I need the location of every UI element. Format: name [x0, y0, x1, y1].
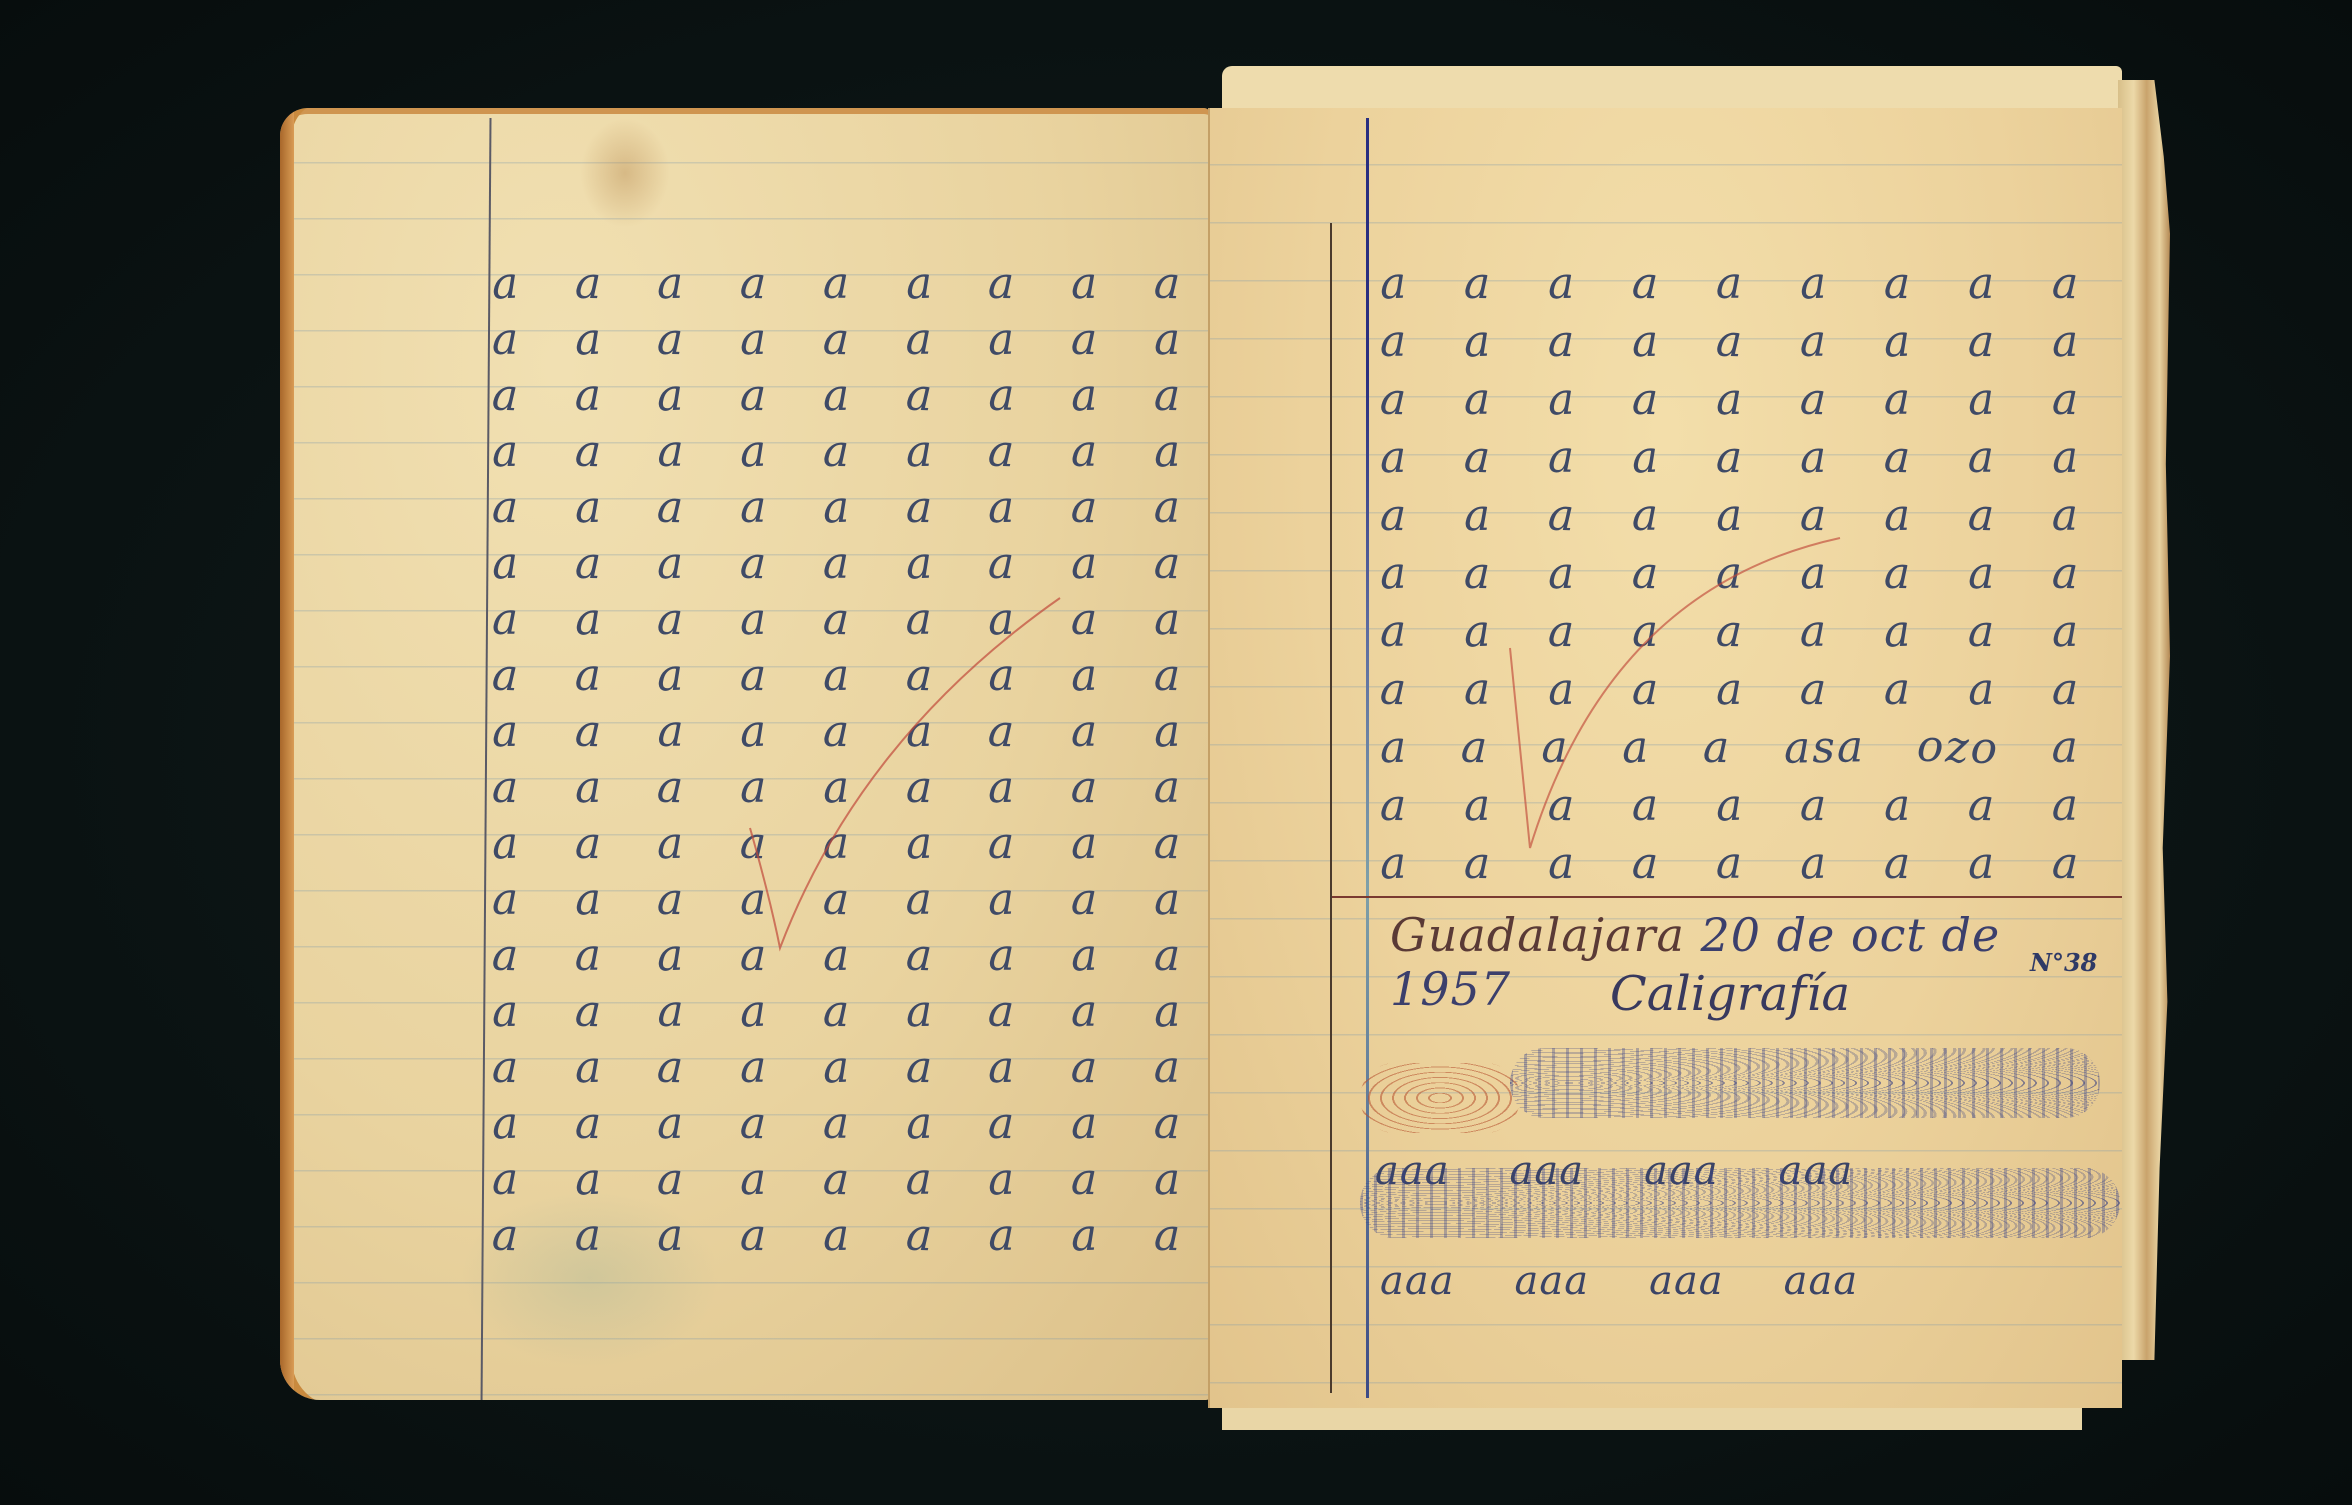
handwritten-letter: a	[575, 650, 603, 701]
handwritten-letter: a	[1464, 780, 1493, 831]
handwritten-letter: a	[905, 1210, 935, 1262]
handwritten-letter: a	[492, 1042, 521, 1093]
handwritten-letter: a	[1379, 838, 1409, 890]
letter-row: aaaaaaaaa	[492, 1210, 1182, 1261]
letter-row: aaaaaaaaa	[1380, 316, 2080, 367]
handwritten-letter: a	[1621, 722, 1651, 774]
handwritten-letter: a	[491, 370, 521, 422]
handwritten-letter: a	[988, 1042, 1017, 1093]
handwritten-letter: a	[1715, 664, 1744, 715]
handwritten-letter: a	[739, 538, 769, 590]
left-page: aaaaaaaaaaaaaaaaaaaaaaaaaaaaaaaaaaaaaaaa…	[280, 108, 1210, 1400]
handwritten-letter: a	[1071, 538, 1100, 589]
handwritten-letter: a	[575, 1210, 603, 1261]
handwritten-letter: a	[822, 706, 851, 757]
handwritten-letter: a	[491, 258, 521, 310]
handwritten-letter: a	[740, 650, 769, 701]
handwritten-letter: a	[1547, 316, 1576, 367]
handwritten-letter: a	[823, 258, 851, 309]
handwritten-letter: a	[740, 1154, 769, 1205]
letter-row: aaaaaaaaa	[1380, 664, 2080, 715]
handwritten-letter: a	[1153, 706, 1183, 758]
handwritten-letter: a	[988, 258, 1017, 309]
handwritten-letter: a	[1967, 780, 1997, 832]
handwritten-letter: a	[740, 930, 769, 981]
handwritten-letter: a	[574, 762, 603, 813]
handwritten-letter: a	[1071, 426, 1099, 477]
handwritten-letter: a	[1799, 548, 1829, 600]
letter-row: aaaaaaaaa	[492, 762, 1182, 813]
handwritten-letter: a	[657, 986, 685, 1037]
handwritten-letter: a	[1967, 664, 1997, 716]
handwritten-letter: a	[1464, 374, 1492, 425]
handwritten-letter: a	[1070, 930, 1100, 982]
handwritten-letter: a	[822, 314, 852, 366]
handwritten-letter: a	[1153, 1154, 1182, 1205]
handwritten-letter: a	[987, 986, 1017, 1038]
handwritten-letter: a	[1153, 1210, 1182, 1261]
water-stain	[580, 118, 670, 228]
handwritten-letter: a	[822, 594, 852, 646]
handwritten-letter: a	[1632, 490, 1660, 541]
handwritten-letter: a	[988, 818, 1017, 869]
handwritten-letter: a	[1967, 258, 1996, 309]
handwritten-letter: a	[1153, 818, 1183, 870]
letter-group: aaa	[1515, 1258, 1590, 1304]
letter-row: aaaaaaaaa	[492, 986, 1182, 1037]
handwritten-letter: a	[822, 650, 851, 701]
left-margin-line	[480, 118, 491, 1400]
handwritten-letter: a	[905, 818, 935, 870]
handwritten-letter: a	[740, 1042, 768, 1093]
handwritten-letter: a	[657, 706, 685, 757]
handwritten-letter: a	[987, 874, 1017, 926]
handwritten-letter: a	[1883, 780, 1912, 831]
handwritten-letter: a	[1547, 606, 1576, 657]
handwritten-letter: a	[905, 986, 934, 1037]
letter-group-row: aaaaaaaaaaaa	[1380, 1258, 1858, 1304]
handwritten-letter: a	[492, 426, 521, 477]
handwritten-letter: a	[1379, 548, 1409, 600]
handwritten-letter: a	[492, 706, 521, 757]
handwritten-letter: a	[739, 426, 769, 478]
handwritten-letter: a	[2051, 258, 2081, 310]
handwritten-letter: a	[1883, 316, 1913, 368]
handwritten-letter: a	[1153, 538, 1183, 590]
handwritten-letter: asa	[1783, 721, 1865, 773]
handwritten-letter: a	[823, 1098, 851, 1149]
letter-row: aaaaaaaaa	[492, 370, 1182, 421]
handwritten-letter: a	[1716, 258, 1744, 309]
handwritten-letter: a	[1153, 986, 1183, 1038]
handwritten-letter: a	[1715, 780, 1745, 832]
handwritten-letter: a	[822, 1210, 851, 1261]
letter-group: aaa	[1380, 1258, 1455, 1304]
handwritten-letter: a	[905, 538, 935, 590]
handwritten-letter: a	[1631, 432, 1661, 484]
handwritten-letter: a	[574, 314, 604, 366]
letter-row: aaaaaaaaa	[1380, 490, 2080, 541]
handwritten-letter: a	[1967, 606, 1996, 657]
handwritten-letter: a	[1631, 606, 1660, 657]
handwritten-letter: a	[2052, 490, 2080, 541]
handwritten-letter: a	[492, 594, 520, 645]
handwritten-letter: a	[1154, 482, 1182, 533]
handwritten-letter: a	[657, 482, 687, 534]
letter-row: aaaaaaaaa	[1380, 258, 2080, 309]
handwritten-letter: a	[1464, 548, 1493, 599]
handwritten-letter: a	[1153, 370, 1182, 421]
handwritten-letter: a	[1153, 1098, 1183, 1150]
handwritten-letter: a	[1547, 838, 1576, 889]
exercise-number: N°38	[2030, 948, 2097, 977]
handwritten-letter: a	[1799, 780, 1828, 831]
handwritten-letter: a	[988, 650, 1016, 701]
oval-scribble-row	[1360, 1063, 1520, 1133]
handwritten-letter: a	[574, 426, 604, 478]
handwritten-letter: a	[1799, 374, 1829, 426]
handwritten-letter: a	[491, 1098, 521, 1150]
handwritten-letter: a	[1380, 780, 1409, 831]
handwritten-letter: a	[574, 258, 603, 309]
handwritten-letter: a	[657, 874, 686, 925]
handwritten-letter: a	[1883, 838, 1912, 889]
handwritten-letter: a	[1380, 432, 1409, 483]
handwritten-letter: a	[740, 482, 768, 533]
handwritten-letter: a	[905, 1098, 935, 1150]
handwritten-letter: a	[1967, 490, 1997, 542]
handwritten-letter: a	[1071, 258, 1100, 309]
handwritten-letter: a	[1547, 374, 1577, 426]
handwritten-letter: a	[2052, 722, 2080, 773]
letter-row: aaaaaaaaa	[1380, 548, 2080, 599]
handwritten-letter: a	[1153, 874, 1182, 925]
handwritten-letter: a	[657, 370, 687, 422]
handwritten-letter: a	[1460, 722, 1490, 774]
handwritten-letter: a	[822, 426, 851, 477]
handwritten-letter: a	[1800, 606, 1828, 657]
right-page: aaaaaaaaaaaaaaaaaaaaaaaaaaaaaaaaaaaaaaaa…	[1208, 108, 2122, 1408]
handwritten-letter: a	[657, 930, 687, 982]
handwritten-letter: a	[905, 370, 935, 422]
handwritten-letter: a	[1463, 432, 1493, 484]
handwritten-letter: a	[1883, 548, 1912, 599]
handwritten-letter: a	[1071, 706, 1099, 757]
handwritten-letter: a	[1883, 490, 1912, 541]
handwritten-letter: a	[657, 818, 686, 869]
handwritten-letter: a	[1702, 722, 1731, 773]
letter-row: aaaaaaaaa	[492, 314, 1182, 365]
handwritten-letter: a	[1547, 258, 1576, 309]
handwritten-letter: a	[1464, 838, 1493, 889]
handwritten-letter: a	[492, 1154, 520, 1205]
handwritten-letter: a	[491, 650, 521, 702]
handwritten-letter: a	[1070, 1042, 1100, 1094]
letter-row: aaaaaaaaa	[492, 930, 1182, 981]
handwritten-letter: a	[1463, 316, 1493, 368]
handwritten-letter: a	[988, 1098, 1017, 1149]
handwritten-letter: a	[1071, 874, 1100, 925]
handwritten-letter: a	[1632, 780, 1660, 831]
handwritten-letter: a	[1071, 594, 1100, 645]
handwritten-letter: a	[574, 706, 604, 758]
handwritten-letter: a	[575, 930, 603, 981]
handwritten-letter: a	[1547, 548, 1576, 599]
handwritten-letter: a	[1884, 664, 1912, 715]
handwritten-letter: a	[1070, 650, 1100, 702]
handwritten-letter: a	[1154, 1042, 1182, 1093]
handwritten-letter: a	[740, 762, 768, 813]
handwritten-letter: a	[905, 426, 934, 477]
handwritten-letter: a	[987, 426, 1017, 478]
letter-row: aaaaaaaaa	[1380, 838, 2080, 889]
handwritten-letter: a	[1071, 1154, 1100, 1205]
handwritten-letter: a	[1883, 258, 1912, 309]
handwritten-letter: a	[1631, 548, 1661, 600]
handwritten-letter: a	[988, 538, 1017, 589]
handwritten-letter: a	[657, 1042, 687, 1094]
letter-row: aaaaaaaaa	[492, 650, 1182, 701]
handwritten-letter: a	[988, 762, 1017, 813]
handwritten-letter: a	[1967, 838, 1996, 889]
handwritten-letter: a	[492, 874, 520, 925]
handwritten-letter: a	[1153, 594, 1182, 645]
handwritten-letter: a	[988, 370, 1016, 421]
letter-row: aaaaaaaaa	[492, 1154, 1182, 1205]
handwritten-letter: a	[657, 1154, 686, 1205]
handwritten-letter: a	[1631, 374, 1660, 425]
handwritten-letter: a	[906, 1154, 934, 1205]
handwritten-letter: a	[988, 482, 1017, 533]
handwritten-letter: a	[574, 1098, 603, 1149]
handwritten-letter: a	[574, 1042, 603, 1093]
handwritten-letter: a	[1153, 650, 1182, 701]
handwritten-letter: a	[905, 650, 935, 702]
handwritten-letter: a	[1967, 548, 1996, 599]
letter-row: aaaaaaaaa	[1380, 374, 2080, 425]
handwritten-letter: a	[1715, 374, 1744, 425]
handwritten-letter: a	[1153, 258, 1183, 310]
handwritten-letter: a	[822, 874, 852, 926]
handwritten-letter: a	[1547, 490, 1577, 542]
handwritten-letter: a	[657, 650, 687, 702]
oval-scribble-row	[1360, 1168, 2120, 1238]
handwritten-letter: a	[657, 426, 685, 477]
handwritten-letter: a	[906, 314, 934, 365]
handwritten-letter: a	[1631, 316, 1660, 367]
handwritten-letter: a	[574, 1154, 604, 1206]
handwritten-letter: a	[1463, 606, 1493, 658]
letter-row: aaaaaaaaa	[492, 594, 1182, 645]
handwritten-letter: a	[2051, 374, 2080, 425]
handwritten-letter: a	[1968, 432, 1996, 483]
handwritten-letter: a	[1380, 606, 1408, 657]
handwritten-letter: a	[822, 1042, 852, 1094]
letter-row: aaaaaaaaa	[492, 1042, 1182, 1093]
handwritten-letter: a	[1799, 258, 1829, 310]
handwritten-letter: a	[1967, 316, 1996, 367]
handwritten-letter: a	[492, 482, 521, 533]
handwritten-letter: a	[1070, 482, 1100, 534]
handwritten-letter: a	[2052, 780, 2080, 831]
handwritten-letter: a	[1883, 432, 1913, 484]
handwritten-letter: a	[1548, 432, 1576, 483]
handwritten-letter: a	[1799, 432, 1828, 483]
handwritten-letter: a	[1547, 664, 1577, 716]
handwritten-letter: a	[1715, 606, 1745, 658]
handwritten-letter: a	[739, 1098, 769, 1150]
handwritten-letter: a	[1464, 258, 1493, 309]
letter-row: aaaaaaaaa	[492, 1098, 1182, 1149]
letter-row: aaaaaaaaa	[492, 874, 1182, 925]
letter-row: aaaaaaaaa	[492, 706, 1182, 757]
handwritten-letter: a	[1541, 722, 1569, 773]
handwritten-letter: a	[492, 762, 521, 813]
handwritten-letter: a	[491, 538, 521, 590]
handwritten-letter: a	[822, 762, 852, 814]
handwritten-letter: a	[575, 370, 603, 421]
handwritten-letter: a	[987, 1154, 1017, 1206]
handwritten-letter: a	[1071, 986, 1099, 1037]
handwritten-letter: a	[657, 1098, 686, 1149]
handwritten-letter: a	[739, 706, 769, 758]
handwritten-letter: a	[823, 538, 851, 589]
handwritten-letter: a	[822, 482, 852, 534]
handwritten-letter: a	[2051, 316, 2080, 367]
page-title: Caligrafía	[1610, 966, 1850, 1022]
handwritten-letter: a	[657, 538, 686, 589]
handwritten-letter: a	[1070, 370, 1100, 422]
handwritten-letter: a	[905, 930, 935, 982]
handwritten-letter: a	[906, 594, 934, 645]
handwritten-letter: a	[740, 594, 769, 645]
handwritten-letter: a	[740, 370, 769, 421]
handwritten-letter: a	[905, 482, 934, 533]
handwritten-letter: a	[1379, 664, 1409, 716]
handwritten-letter: a	[657, 314, 686, 365]
handwritten-letter: a	[2051, 664, 2080, 715]
letter-row: aaaaaasaozoa	[1380, 722, 2080, 773]
handwritten-letter: a	[1464, 664, 1492, 715]
handwritten-letter: a	[1799, 490, 1828, 541]
handwritten-letter: a	[739, 986, 769, 1038]
handwritten-letter: a	[1153, 314, 1182, 365]
handwritten-letter: a	[1153, 930, 1182, 981]
handwritten-letter: a	[1070, 762, 1100, 814]
letter-row: aaaaaaaaa	[492, 538, 1182, 589]
handwritten-letter: a	[1379, 374, 1409, 426]
handwritten-letter: a	[2051, 606, 2080, 657]
letter-row: aaaaaaaaa	[1380, 606, 2080, 657]
letter-row: aaaaaaaaa	[492, 258, 1182, 309]
handwritten-letter: a	[987, 314, 1017, 366]
handwritten-letter: a	[1715, 490, 1745, 542]
letter-row: aaaaaaaaa	[492, 818, 1182, 869]
handwritten-letter: a	[905, 258, 935, 310]
handwritten-letter: a	[906, 874, 934, 925]
handwritten-letter: a	[491, 818, 521, 870]
handwritten-letter: a	[739, 818, 769, 870]
handwritten-letter: a	[1799, 838, 1829, 890]
place-name: Guadalajara	[1390, 908, 1685, 962]
handwritten-letter: a	[1883, 606, 1913, 658]
handwritten-letter: a	[574, 482, 603, 533]
letter-group: aaa	[1784, 1258, 1859, 1304]
handwritten-letter: a	[987, 706, 1017, 758]
handwritten-letter: a	[822, 930, 851, 981]
letter-group: aaa	[1649, 1258, 1724, 1304]
handwritten-letter: a	[657, 594, 686, 645]
handwritten-letter: a	[987, 594, 1017, 646]
handwritten-letter: a	[574, 538, 603, 589]
handwritten-letter: a	[1071, 818, 1100, 869]
handwritten-letter: a	[2051, 838, 2081, 890]
letter-row: aaaaaaaaa	[1380, 780, 2080, 831]
handwritten-letter: a	[822, 1154, 852, 1206]
handwritten-letter: ozo	[1916, 721, 2000, 775]
handwritten-letter: a	[574, 986, 604, 1038]
letter-row: aaaaaaaaa	[1380, 432, 2080, 483]
handwritten-letter: a	[1153, 426, 1183, 478]
handwritten-letter: a	[492, 986, 521, 1037]
handwritten-letter: a	[823, 818, 851, 869]
handwritten-letter: a	[1464, 490, 1493, 541]
handwritten-letter: a	[1716, 838, 1744, 889]
handwritten-letter: a	[1716, 548, 1744, 599]
handwritten-letter: a	[740, 314, 769, 365]
handwritten-letter: a	[574, 594, 604, 646]
handwritten-letter: a	[1631, 664, 1660, 715]
handwritten-letter: a	[822, 370, 851, 421]
handwritten-letter: a	[2051, 432, 2081, 484]
handwritten-letter: a	[491, 930, 521, 982]
handwritten-letter: a	[905, 706, 934, 757]
handwritten-letter: a	[1715, 316, 1745, 368]
letter-row: aaaaaaaaa	[492, 482, 1182, 533]
handwritten-letter: a	[1071, 314, 1100, 365]
handwritten-letter: a	[574, 818, 603, 869]
section-divider-line	[1332, 896, 2122, 898]
letter-row: aaaaaaaaa	[492, 426, 1182, 477]
handwritten-letter: a	[988, 1210, 1016, 1261]
handwritten-letter: a	[1800, 316, 1828, 367]
handwritten-letter: a	[1380, 722, 1409, 773]
handwritten-letter: a	[1070, 1210, 1100, 1262]
handwritten-letter: a	[1379, 258, 1409, 310]
handwritten-letter: a	[740, 874, 769, 925]
handwritten-letter: a	[1631, 838, 1661, 890]
handwritten-letter: a	[1631, 258, 1661, 310]
handwritten-letter: a	[1884, 374, 1912, 425]
handwritten-letter: a	[574, 874, 604, 926]
handwritten-letter: a	[1547, 780, 1577, 832]
handwritten-letter: a	[1715, 432, 1744, 483]
handwritten-letter: a	[657, 762, 687, 814]
handwritten-letter: a	[739, 258, 769, 310]
handwritten-letter: a	[1380, 316, 1408, 367]
handwritten-letter: a	[822, 986, 851, 1037]
handwritten-letter: a	[740, 1210, 769, 1261]
handwritten-letter: a	[1967, 374, 1997, 426]
handwritten-letter: a	[657, 1210, 687, 1262]
oval-scribble-row	[1510, 1048, 2100, 1118]
handwritten-letter: a	[988, 930, 1016, 981]
handwritten-letter: a	[1071, 1098, 1100, 1149]
handwritten-letter: a	[1380, 490, 1409, 541]
handwritten-letter: a	[1799, 664, 1829, 716]
handwritten-letter: a	[905, 1042, 934, 1093]
handwritten-letter: a	[657, 258, 686, 309]
